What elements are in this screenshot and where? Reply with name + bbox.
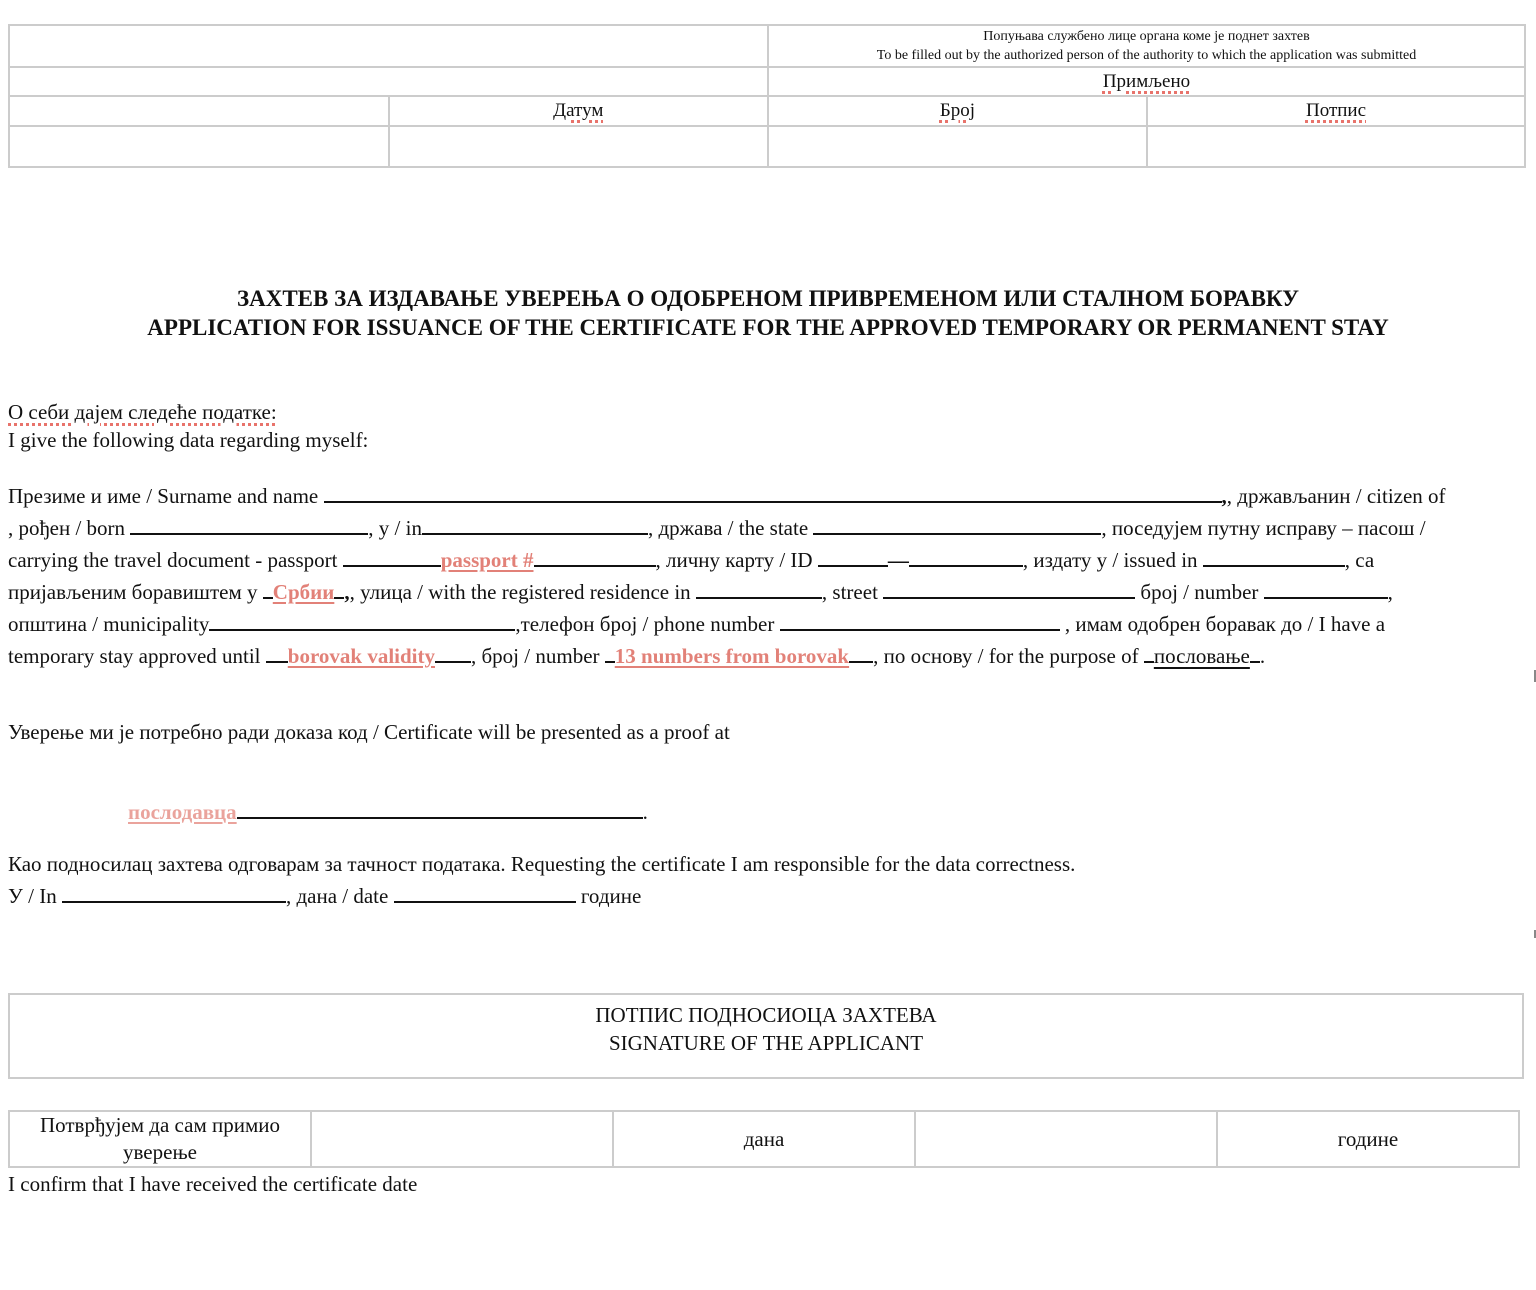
stay-number-field[interactable]: 13 numbers from borovak xyxy=(615,644,849,668)
date-input-cell[interactable] xyxy=(389,126,769,167)
title-cyrillic: ЗАХТЕВ ЗА ИЗДАВАЊЕ УВЕРЕЊА О ОДОБРЕНОМ П… xyxy=(0,284,1536,313)
intro-english: I give the following data regarding myse… xyxy=(8,426,368,454)
official-blank-cell xyxy=(9,67,768,96)
form-line-4: пријављеним боравиштем у Србии,, улица /… xyxy=(8,576,1393,608)
form-line-6: temporary stay approved until borovak va… xyxy=(8,640,1265,672)
form-line-2: , рођен / born , у / in, држава / the st… xyxy=(8,512,1426,544)
col-signature: Потпис xyxy=(1147,96,1525,126)
place-field[interactable] xyxy=(62,883,286,903)
intro-cyrillic: О себи дајем следеће податке: xyxy=(8,398,277,426)
official-use-table: Попуњава службено лице органа коме је по… xyxy=(8,24,1526,168)
residence-city-field[interactable] xyxy=(696,579,822,599)
receipt-day-cell: дана xyxy=(613,1111,915,1167)
signature-label-cyrillic: ПОТПИС ПОДНОСИОЦА ЗАХТЕВА xyxy=(10,1001,1522,1029)
receipt-year-cell: године xyxy=(1217,1111,1519,1167)
col-date: Датум xyxy=(389,96,769,126)
form-line-3: carrying the travel document - passport … xyxy=(8,544,1374,576)
official-blank-cell xyxy=(9,25,768,67)
number-input-cell[interactable] xyxy=(768,126,1147,167)
title-english: APPLICATION FOR ISSUANCE OF THE CERTIFIC… xyxy=(0,313,1536,342)
state-field[interactable] xyxy=(813,515,1101,535)
form-line-5: општина / municipality,телефон број / ph… xyxy=(8,608,1385,640)
official-header-english: To be filled out by the authorized perso… xyxy=(769,46,1524,65)
signature-input-cell[interactable] xyxy=(1147,126,1525,167)
residence-country-field[interactable]: Србии xyxy=(273,580,335,604)
receipt-blank-1[interactable] xyxy=(311,1111,613,1167)
purpose-field[interactable]: пословање xyxy=(1154,644,1250,668)
form-line-1: Презиме и име / Surname and name ,, држа… xyxy=(8,480,1446,512)
stay-validity-field[interactable]: borovak validity xyxy=(288,644,435,668)
received-label: Примљено xyxy=(1103,71,1190,92)
receipt-table: Потврђујем да сам примио уверење дана го… xyxy=(8,1110,1520,1168)
place-date-line: У / In , дана / date године xyxy=(8,880,641,912)
municipality-field[interactable] xyxy=(209,611,515,631)
receipt-confirm-cell: Потврђујем да сам примио уверење xyxy=(9,1111,311,1167)
received-cell: Примљено xyxy=(768,67,1525,96)
signature-label-english: SIGNATURE OF THE APPLICANT xyxy=(10,1029,1522,1057)
responsibility-statement: Као подносилац захтева одговарам за тачн… xyxy=(8,850,1075,878)
receipt-blank-2[interactable] xyxy=(915,1111,1217,1167)
proof-at-field[interactable]: послодавца xyxy=(128,800,237,824)
date-field[interactable] xyxy=(394,883,576,903)
applicant-signature-box[interactable]: ПОТПИС ПОДНОСИОЦА ЗАХТЕВА SIGNATURE OF T… xyxy=(8,993,1524,1079)
receipt-confirm-english: I confirm that I have received the certi… xyxy=(8,1170,417,1198)
surname-name-field[interactable] xyxy=(324,483,1222,503)
blank-input-cell[interactable] xyxy=(9,126,389,167)
phone-number-field[interactable] xyxy=(780,611,1060,631)
street-field[interactable] xyxy=(883,579,1135,599)
col-blank xyxy=(9,96,389,126)
born-field[interactable] xyxy=(130,515,368,535)
issued-in-field[interactable] xyxy=(1203,547,1345,567)
id-card-field[interactable]: — xyxy=(888,548,909,572)
proof-line: послодавца. xyxy=(128,798,648,826)
col-number: Број xyxy=(768,96,1147,126)
house-number-field[interactable] xyxy=(1264,579,1388,599)
official-header-cell: Попуњава службено лице органа коме је по… xyxy=(768,25,1525,67)
proof-label: Уверење ми је потребно ради доказа код /… xyxy=(8,718,730,746)
passport-number-field[interactable]: passport # xyxy=(441,548,534,572)
birthplace-field[interactable] xyxy=(422,515,648,535)
official-header-cyrillic: Попуњава службено лице органа коме је по… xyxy=(769,27,1524,46)
